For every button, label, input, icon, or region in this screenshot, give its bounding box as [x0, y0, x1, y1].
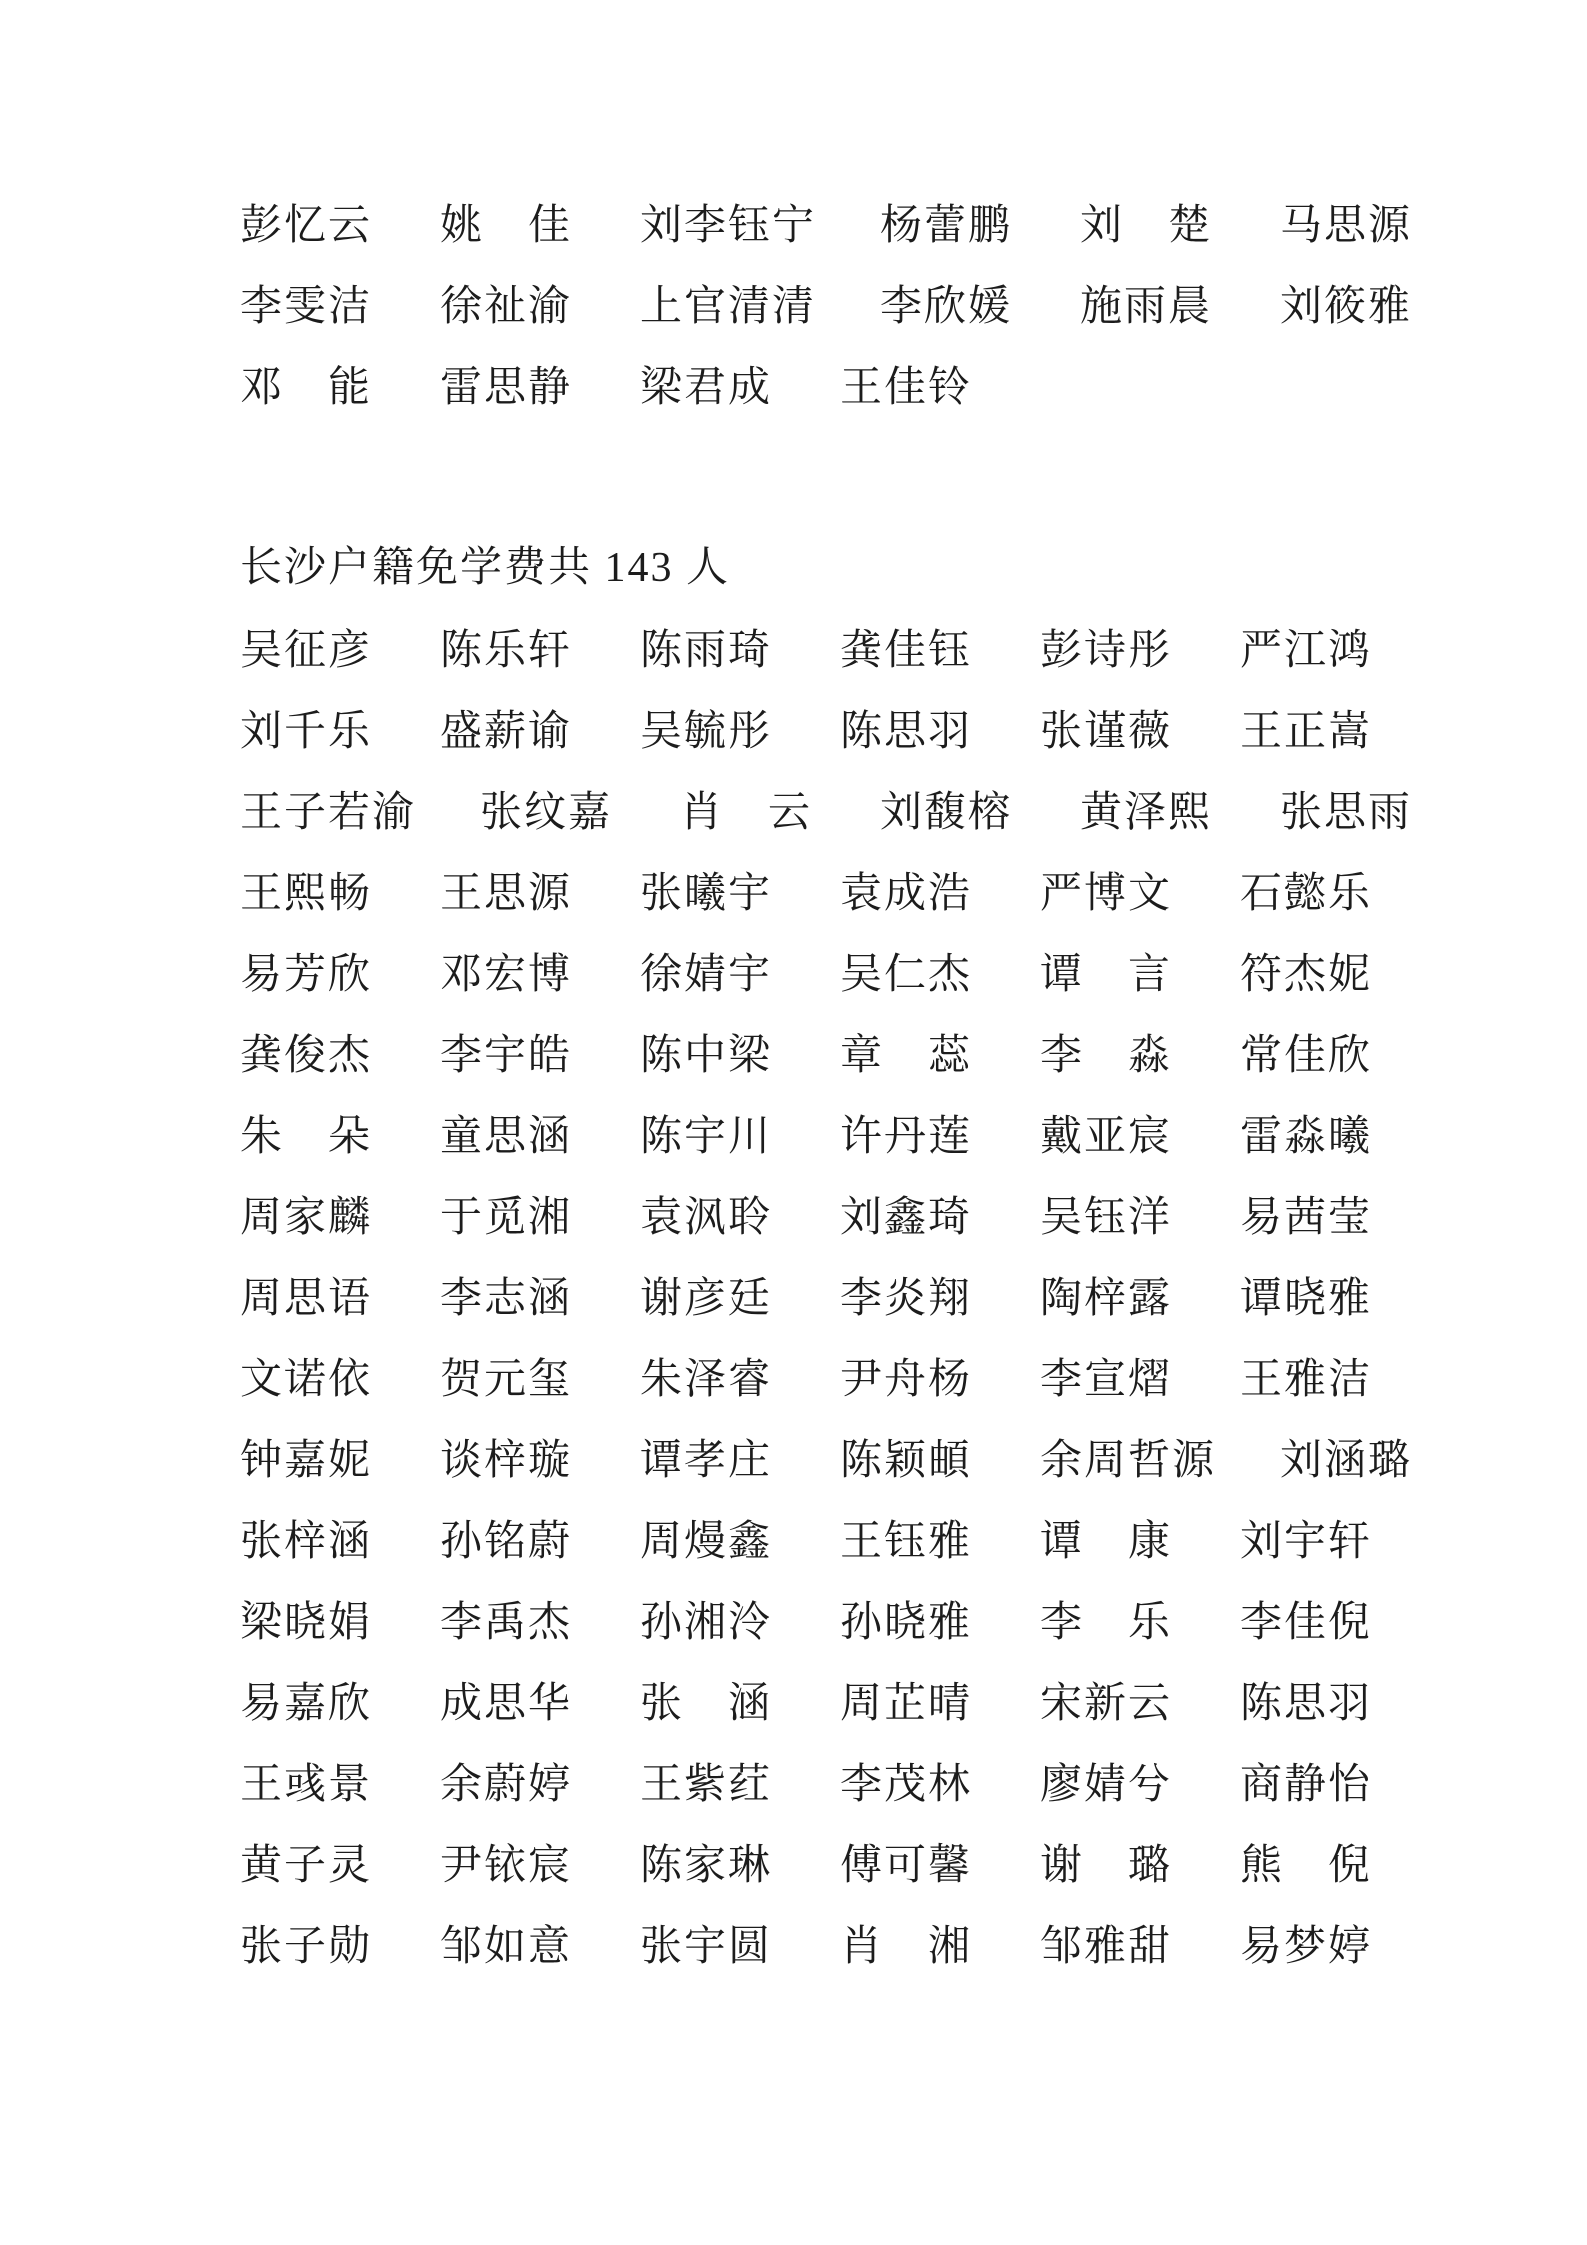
student-name: 易嘉欣: [240, 1683, 440, 1725]
student-name: 邹雅甜: [1040, 1926, 1240, 1968]
student-name: 盛薪谕: [440, 711, 640, 753]
student-name: 上官清清: [640, 286, 880, 328]
student-name: 王紫荭: [640, 1764, 840, 1806]
student-name: 周熳鑫: [640, 1521, 840, 1563]
student-name: 王钰雅: [840, 1521, 1040, 1563]
student-name: 贺元玺: [440, 1359, 640, 1401]
student-name: 文诺依: [240, 1359, 440, 1401]
student-name: 钟嘉妮: [240, 1440, 440, 1482]
student-name: 李 乐: [1040, 1602, 1240, 1644]
student-name: 余蔚婷: [440, 1764, 640, 1806]
name-row: 易芳欣邓宏博徐婧宇吴仁杰谭 言符杰妮: [240, 934, 1527, 1015]
student-name: 王佳铃: [840, 367, 1040, 409]
student-name: 王雅洁: [1240, 1359, 1440, 1401]
student-name: 谈梓璇: [440, 1440, 640, 1482]
student-name: 谢彦廷: [640, 1278, 840, 1320]
student-name: 傅可馨: [840, 1845, 1040, 1887]
student-name: 刘千乐: [240, 711, 440, 753]
document-page: 彭忆云姚 佳刘李钰宁杨蕾鹏刘 楚马思源李雯洁徐祉渝上官清清李欣媛施雨晨刘筱雅邓 …: [0, 0, 1587, 2245]
student-name: 陈雨琦: [640, 630, 840, 672]
student-name: 梁晓娟: [240, 1602, 440, 1644]
student-name: 王彧景: [240, 1764, 440, 1806]
name-row: 钟嘉妮谈梓璇谭孝庄陈颖頔余周哲源刘涵璐: [240, 1420, 1527, 1501]
student-name: 陈宇川: [640, 1116, 840, 1158]
student-name: 张曦宇: [640, 873, 840, 915]
name-row: 张子勋邹如意张宇圆肖 湘邹雅甜易梦婷: [240, 1906, 1527, 1987]
name-row: 邓 能雷思静梁君成王佳铃: [240, 347, 1527, 428]
name-row: 彭忆云姚 佳刘李钰宁杨蕾鹏刘 楚马思源: [240, 185, 1527, 266]
student-name: 易芳欣: [240, 954, 440, 996]
student-name: 王子若渝: [240, 792, 480, 834]
student-name: 戴亚宸: [1040, 1116, 1240, 1158]
student-name: 吴毓彤: [640, 711, 840, 753]
student-name: 张子勋: [240, 1926, 440, 1968]
student-name: 石懿乐: [1240, 873, 1440, 915]
student-name: 陈思羽: [1240, 1683, 1440, 1725]
student-name: 张思雨: [1280, 792, 1480, 834]
student-name: 马思源: [1280, 205, 1480, 247]
student-name: 周芷晴: [840, 1683, 1040, 1725]
student-name: 姚 佳: [440, 205, 640, 247]
student-name: 李欣媛: [880, 286, 1080, 328]
student-name: 李茂林: [840, 1764, 1040, 1806]
name-row: 王彧景余蔚婷王紫荭李茂林廖婧兮商静怡: [240, 1744, 1527, 1825]
student-name: 李志涵: [440, 1278, 640, 1320]
student-name: 王思源: [440, 873, 640, 915]
student-name: 雷思静: [440, 367, 640, 409]
student-name: 李 淼: [1040, 1035, 1240, 1077]
student-name: 周思语: [240, 1278, 440, 1320]
student-name: 吴钰洋: [1040, 1197, 1240, 1239]
student-name: 孙湘泠: [640, 1602, 840, 1644]
student-name: 符杰妮: [1240, 954, 1440, 996]
name-row: 刘千乐盛薪谕吴毓彤陈思羽张谨薇王正嵩: [240, 691, 1527, 772]
student-name: 刘 楚: [1080, 205, 1280, 247]
student-name: 严江鸿: [1240, 630, 1440, 672]
student-name: 龚佳钰: [840, 630, 1040, 672]
student-name: 刘馥榕: [880, 792, 1080, 834]
student-name: 陈中梁: [640, 1035, 840, 1077]
student-name: 易茜莹: [1240, 1197, 1440, 1239]
student-name: 李炎翔: [840, 1278, 1040, 1320]
section-heading: 长沙户籍免学费共 143 人: [240, 523, 1527, 604]
student-name: 王正嵩: [1240, 711, 1440, 753]
student-name: 陈家琳: [640, 1845, 840, 1887]
student-name: 龚俊杰: [240, 1035, 440, 1077]
student-name: 廖婧兮: [1040, 1764, 1240, 1806]
student-name: 孙晓雅: [840, 1602, 1040, 1644]
name-row: 龚俊杰李宇皓陈中梁章 蕊李 淼常佳欣: [240, 1015, 1527, 1096]
student-name: 商静怡: [1240, 1764, 1440, 1806]
student-name: 张纹嘉: [480, 792, 680, 834]
student-name: 彭忆云: [240, 205, 440, 247]
student-name: 常佳欣: [1240, 1035, 1440, 1077]
student-name: 梁君成: [640, 367, 840, 409]
student-name: 尹铱宸: [440, 1845, 640, 1887]
name-row: 周思语李志涵谢彦廷李炎翔陶梓露谭晓雅: [240, 1258, 1527, 1339]
name-row: 文诺依贺元玺朱泽睿尹舟杨李宣熠王雅洁: [240, 1339, 1527, 1420]
student-name: 黄泽熙: [1080, 792, 1280, 834]
student-name: 谭 康: [1040, 1521, 1240, 1563]
student-name: 章 蕊: [840, 1035, 1040, 1077]
student-name: 成思华: [440, 1683, 640, 1725]
student-name: 吴仁杰: [840, 954, 1040, 996]
student-name: 于觅湘: [440, 1197, 640, 1239]
student-name: 邓 能: [240, 367, 440, 409]
name-row: 王熙畅王思源张曦宇袁成浩严博文石懿乐: [240, 853, 1527, 934]
name-row: 黄子灵尹铱宸陈家琳傅可馨谢 璐熊 倪: [240, 1825, 1527, 1906]
name-row: 王子若渝张纹嘉肖 云刘馥榕黄泽熙张思雨: [240, 772, 1527, 853]
student-name: 易梦婷: [1240, 1926, 1440, 1968]
student-name: 宋新云: [1040, 1683, 1240, 1725]
name-row: 易嘉欣成思华张 涵周芷晴宋新云陈思羽: [240, 1663, 1527, 1744]
student-name: 彭诗彤: [1040, 630, 1240, 672]
student-name: 谭孝庄: [640, 1440, 840, 1482]
student-name: 黄子灵: [240, 1845, 440, 1887]
student-name: 邓宏博: [440, 954, 640, 996]
student-name: 刘涵璐: [1280, 1440, 1480, 1482]
student-name: 袁沨聆: [640, 1197, 840, 1239]
student-name: 邹如意: [440, 1926, 640, 1968]
student-name: 张 涵: [640, 1683, 840, 1725]
student-name: 陈乐轩: [440, 630, 640, 672]
student-name: 施雨晨: [1080, 286, 1280, 328]
student-name: 陈思羽: [840, 711, 1040, 753]
student-name: 熊 倪: [1240, 1845, 1440, 1887]
continued-name-list: 彭忆云姚 佳刘李钰宁杨蕾鹏刘 楚马思源李雯洁徐祉渝上官清清李欣媛施雨晨刘筱雅邓 …: [240, 185, 1527, 428]
student-name: 严博文: [1040, 873, 1240, 915]
student-name: 李禹杰: [440, 1602, 640, 1644]
student-name: 李佳倪: [1240, 1602, 1440, 1644]
main-name-list: 吴征彦陈乐轩陈雨琦龚佳钰彭诗彤严江鸿刘千乐盛薪谕吴毓彤陈思羽张谨薇王正嵩王子若渝…: [240, 610, 1527, 1987]
student-name: 李宇皓: [440, 1035, 640, 1077]
name-row: 吴征彦陈乐轩陈雨琦龚佳钰彭诗彤严江鸿: [240, 610, 1527, 691]
name-row: 朱 朵童思涵陈宇川许丹莲戴亚宸雷淼曦: [240, 1096, 1527, 1177]
student-name: 朱泽睿: [640, 1359, 840, 1401]
student-name: 谭晓雅: [1240, 1278, 1440, 1320]
student-name: 肖 云: [680, 792, 880, 834]
student-name: 孙铭蔚: [440, 1521, 640, 1563]
student-name: 余周哲源: [1040, 1440, 1280, 1482]
student-name: 张梓涵: [240, 1521, 440, 1563]
student-name: 周家麟: [240, 1197, 440, 1239]
student-name: 袁成浩: [840, 873, 1040, 915]
student-name: 刘鑫琦: [840, 1197, 1040, 1239]
student-name: 徐婧宇: [640, 954, 840, 996]
name-row: 周家麟于觅湘袁沨聆刘鑫琦吴钰洋易茜莹: [240, 1177, 1527, 1258]
student-name: 童思涵: [440, 1116, 640, 1158]
student-name: 谭 言: [1040, 954, 1240, 996]
student-name: 陶梓露: [1040, 1278, 1240, 1320]
student-name: 刘宇轩: [1240, 1521, 1440, 1563]
student-name: 许丹莲: [840, 1116, 1040, 1158]
student-name: 李雯洁: [240, 286, 440, 328]
name-row: 梁晓娟李禹杰孙湘泠孙晓雅李 乐李佳倪: [240, 1582, 1527, 1663]
name-row: 李雯洁徐祉渝上官清清李欣媛施雨晨刘筱雅: [240, 266, 1527, 347]
student-name: 刘李钰宁: [640, 205, 880, 247]
name-row: 张梓涵孙铭蔚周熳鑫王钰雅谭 康刘宇轩: [240, 1501, 1527, 1582]
student-name: 杨蕾鹏: [880, 205, 1080, 247]
student-name: 徐祉渝: [440, 286, 640, 328]
student-name: 刘筱雅: [1280, 286, 1480, 328]
student-name: 肖 湘: [840, 1926, 1040, 1968]
student-name: 张宇圆: [640, 1926, 840, 1968]
student-name: 吴征彦: [240, 630, 440, 672]
student-name: 陈颖頔: [840, 1440, 1040, 1482]
student-name: 谢 璐: [1040, 1845, 1240, 1887]
student-name: 张谨薇: [1040, 711, 1240, 753]
student-name: 朱 朵: [240, 1116, 440, 1158]
student-name: 尹舟杨: [840, 1359, 1040, 1401]
student-name: 雷淼曦: [1240, 1116, 1440, 1158]
student-name: 李宣熠: [1040, 1359, 1240, 1401]
student-name: 王熙畅: [240, 873, 440, 915]
